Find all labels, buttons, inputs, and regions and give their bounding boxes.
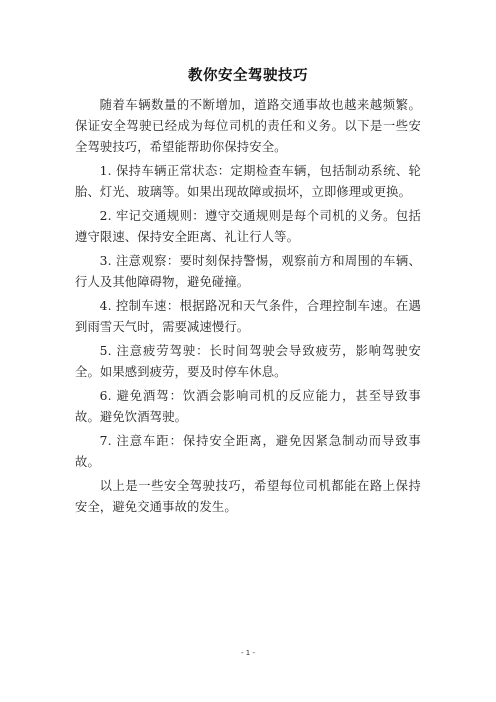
document-title: 教你安全驾驶技巧 — [0, 64, 496, 85]
tip-4-paragraph: 4. 控制车速：根据路况和天气条件，合理控制车速。在遇到雨雪天气时，需要减速慢行… — [75, 296, 421, 338]
conclusion-paragraph: 以上是一些安全驾驶技巧，希望每位司机都能在路上保持安全，避免交通事故的发生。 — [75, 476, 421, 518]
tip-7-paragraph: 7. 注意车距：保持安全距离，避免因紧急制动而导致事故。 — [75, 431, 421, 473]
tip-3-paragraph: 3. 注意观察：要时刻保持警惕，观察前方和周围的车辆、行人及其他障碍物，避免碰撞… — [75, 251, 421, 293]
tip-6-paragraph: 6. 避免酒驾：饮酒会影响司机的反应能力，甚至导致事故。避免饮酒驾驶。 — [75, 386, 421, 428]
document-body: 随着车辆数量的不断增加，道路交通事故也越来越频繁。保证安全驾驶已经成为每位司机的… — [75, 95, 421, 521]
tip-5-paragraph: 5. 注意疲劳驾驶：长时间驾驶会导致疲劳，影响驾驶安全。如果感到疲劳，要及时停车… — [75, 341, 421, 383]
page-number: - 1 - — [0, 649, 496, 657]
document-page: 教你安全驾驶技巧 随着车辆数量的不断增加，道路交通事故也越来越频繁。保证安全驾驶… — [0, 0, 496, 702]
intro-paragraph: 随着车辆数量的不断增加，道路交通事故也越来越频繁。保证安全驾驶已经成为每位司机的… — [75, 95, 421, 158]
tip-2-paragraph: 2. 牢记交通规则：遵守交通规则是每个司机的义务。包括遵守限速、保持安全距离、礼… — [75, 206, 421, 248]
tip-1-paragraph: 1. 保持车辆正常状态：定期检查车辆，包括制动系统、轮胎、灯光、玻璃等。如果出现… — [75, 161, 421, 203]
